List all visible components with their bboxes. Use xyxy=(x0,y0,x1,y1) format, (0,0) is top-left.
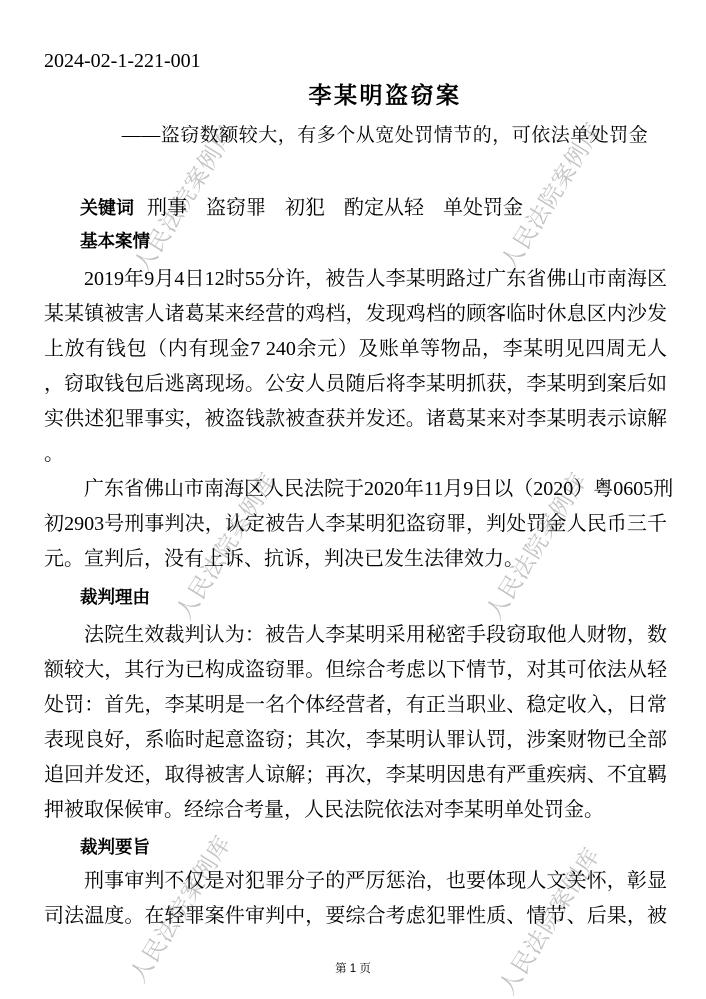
keywords-line: 关键词 刑事 盗窃罪 初犯 酌定从轻 单处罚金 xyxy=(80,196,666,220)
paragraph-line: 表现良好，系临时起意盗窃；其次，李某明认罪认罚，涉案财物已全部 xyxy=(44,723,667,758)
doc-number: 2024-02-1-221-001 xyxy=(44,50,706,72)
paragraph-line: 额较大，其行为已构成盗窃罪。但综合考虑以下情节，对其可依法从轻 xyxy=(44,653,667,688)
basic-facts-paragraph-2: 广东省佛山市南海区人民法院于2020年11月9日以（2020）粤0605刑 初2… xyxy=(44,472,667,577)
page-subtitle: ——盗窃数额较大，有多个从宽处罚情节的，可依法单处罚金 xyxy=(0,124,706,148)
paragraph-line: 某某镇被害人诸葛某来经营的鸡档，发现鸡档的顾客临时休息区内沙发 xyxy=(44,297,667,332)
paragraph-line: 司法温度。在轻罪案件审判中，要综合考虑犯罪性质、情节、后果，被 xyxy=(44,899,667,934)
basic-facts-paragraph-1: 2019年9月4日12时55分许，被告人李某明路过广东省佛山市南海区 某某镇被害… xyxy=(44,262,667,472)
page-title: 李某明盗窃案 xyxy=(0,83,706,109)
reasoning-paragraph: 法院生效裁判认为：被告人李某明采用秘密手段窃取他人财物，数 额较大，其行为已构成… xyxy=(44,618,667,828)
keywords-label: 关键词 xyxy=(80,198,134,218)
keyword-term: 酌定从轻 xyxy=(344,197,424,219)
paragraph-line: 追回并发还，取得被害人谅解；再次，李某明因患有严重疾病、不宜羁 xyxy=(44,758,667,793)
paragraph-line: 实供述犯罪事实，被盗钱款被查获并发还。诸葛某来对李某明表示谅解 xyxy=(44,402,667,437)
paragraph-line: 处罚：首先，李某明是一名个体经营者，有正当职业、稳定收入，日常 xyxy=(44,688,667,723)
footer-page-number: 第 1 页 xyxy=(0,960,706,976)
paragraph-line: 2019年9月4日12时55分许，被告人李某明路过广东省佛山市南海区 xyxy=(44,262,667,297)
paragraph-line: 押被取保候审。经综合考量，人民法院依法对李某明单处罚金。 xyxy=(44,793,667,828)
section-heading-reasoning: 裁判理由 xyxy=(80,585,706,609)
keyword-term: 刑事 xyxy=(147,197,187,219)
section-heading-gist: 裁判要旨 xyxy=(80,835,706,859)
paragraph-line: 广东省佛山市南海区人民法院于2020年11月9日以（2020）粤0605刑 xyxy=(44,472,667,507)
section-heading-basic-facts: 基本案情 xyxy=(80,229,706,253)
keyword-term: 单处罚金 xyxy=(443,197,523,219)
keyword-term: 盗窃罪 xyxy=(206,197,266,219)
paragraph-line: 上放有钱包（内有现金7 240余元）及账单等物品，李某明见四周无人 xyxy=(44,332,667,367)
paragraph-line: 初2903号刑事判决，认定被告人李某明犯盗窃罪，判处罚金人民币三千 xyxy=(44,507,667,542)
keyword-term: 初犯 xyxy=(285,197,325,219)
paragraph-line: 。 xyxy=(44,437,667,472)
paragraph-line: 刑事审判不仅是对犯罪分子的严厉惩治，也要体现人文关怀，彰显 xyxy=(44,864,667,899)
document-page: 人民法院案例库 人民法院案例库 人民法院案例库 人民法院案例库 人民法院案例库 … xyxy=(0,0,706,999)
paragraph-line: 元。宣判后，没有上诉、抗诉，判决已发生法律效力。 xyxy=(44,542,667,577)
gist-paragraph: 刑事审判不仅是对犯罪分子的严厉惩治，也要体现人文关怀，彰显 司法温度。在轻罪案件… xyxy=(44,864,667,934)
paragraph-line: ，窃取钱包后逃离现场。公安人员随后将李某明抓获，李某明到案后如 xyxy=(44,367,667,402)
document-content: 2024-02-1-221-001 李某明盗窃案 ——盗窃数额较大，有多个从宽处… xyxy=(0,50,706,934)
paragraph-line: 法院生效裁判认为：被告人李某明采用秘密手段窃取他人财物，数 xyxy=(44,618,667,653)
